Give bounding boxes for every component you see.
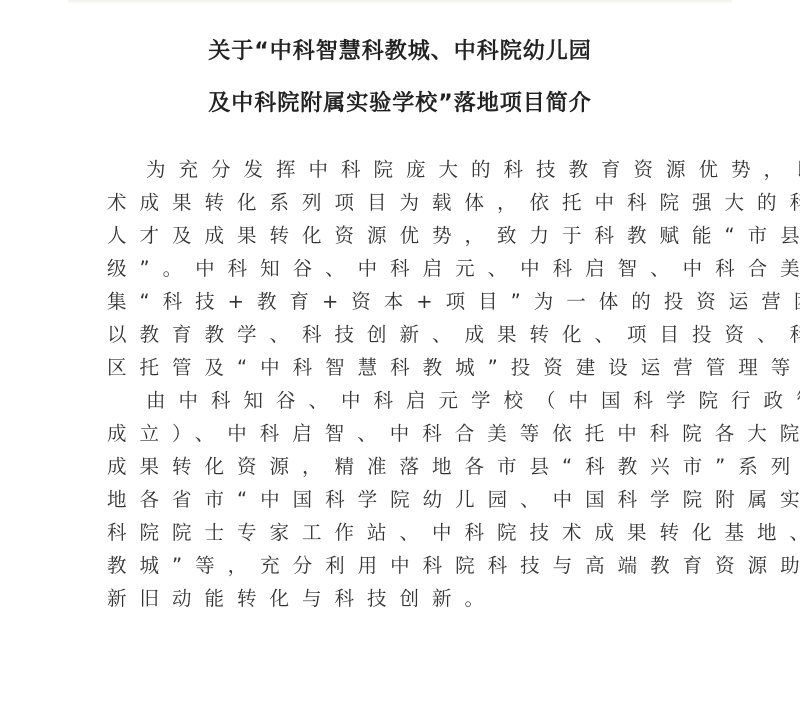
- paragraph-line: 新旧动能转化与科技创新。: [107, 582, 697, 615]
- document-body: 为充分发挥中科院庞大的科技教育资源优势，以中科院技 术成果转化系列项目为载体，依…: [107, 153, 697, 615]
- paragraph-line: 成果转化资源，精准落地各市县“科教兴市”系列项目。如落: [107, 450, 697, 483]
- paragraph-line: 集“科技+教育+资本+项目”为一体的投资运营团队，主营业务: [107, 285, 697, 318]
- paragraph-line: 以教育教学、科技创新、成果转化、项目投资、科技孵化、园: [107, 318, 697, 351]
- paragraph-line: 人才及成果转化资源优势，致力于科教赋能“市县经济转型升: [107, 219, 697, 252]
- paragraph-line: 由中科知谷、中科启元学校（中国科学院行政管理局全资: [107, 384, 697, 417]
- top-border-rule: [68, 0, 732, 4]
- paragraph-line: 为充分发挥中科院庞大的科技教育资源优势，以中科院技: [107, 153, 697, 186]
- paragraph-1: 为充分发挥中科院庞大的科技教育资源优势，以中科院技 术成果转化系列项目为载体，依…: [107, 153, 697, 384]
- paragraph-line: 教城”等，充分利用中科院科技与高端教育资源助力地方政府: [107, 549, 697, 582]
- document-title-line-2: 及中科院附属实验学校”落地项目简介: [0, 86, 800, 117]
- document-title-line-1: 关于“中科智慧科教城、中科院幼儿园: [0, 34, 800, 65]
- paragraph-line: 级”。中科知谷、中科启元、中科启智、中科合美等联袂推动: [107, 252, 697, 285]
- paragraph-line: 区托管及“中科智慧科教城”投资建设运营管理等科教综合体。: [107, 351, 697, 384]
- paragraph-line: 科院院士专家工作站、中科院技术成果转化基地、中科智慧科: [107, 516, 697, 549]
- paragraph-line: 术成果转化系列项目为载体，依托中科院强大的科技、教育、: [107, 186, 697, 219]
- paragraph-line: 成立）、中科启智、中科合美等依托中科院各大院所技术及教育: [107, 417, 697, 450]
- paragraph-2: 由中科知谷、中科启元学校（中国科学院行政管理局全资 成立）、中科启智、中科合美等…: [107, 384, 697, 615]
- paragraph-line: 地各省市“中国科学院幼儿园、中国科学院附属实验学校、中: [107, 483, 697, 516]
